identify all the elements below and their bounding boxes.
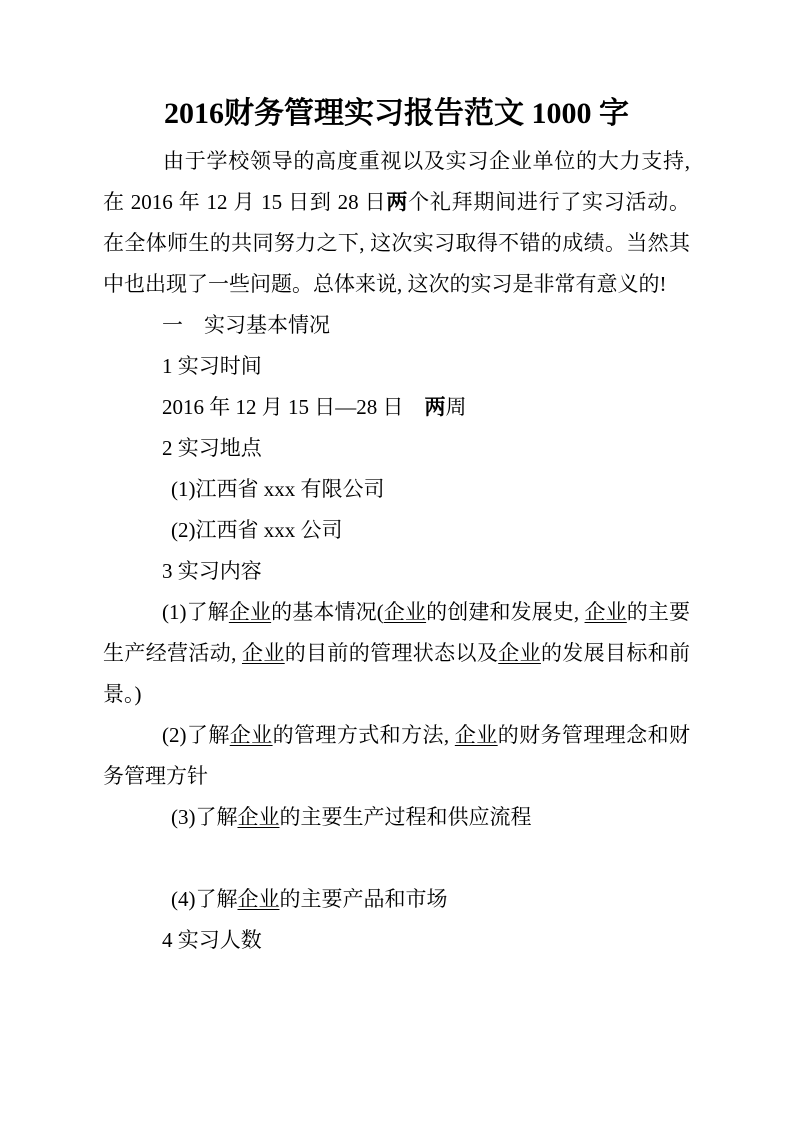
location-label: 2 实习地点 bbox=[103, 428, 690, 469]
content-item-2: (2)了解企业的管理方式和方法, 企业的财务管理理念和财务管理方针 bbox=[103, 715, 690, 797]
text-segment-underline: 企业 bbox=[238, 805, 280, 829]
content-item-3: (3)了解企业的主要生产过程和供应流程 bbox=[103, 797, 690, 838]
content-item-1: (1)了解企业的基本情况(企业的创建和发展史, 企业的主要生产经营活动, 企业的… bbox=[103, 592, 690, 715]
text-segment-bold: 两 bbox=[386, 190, 408, 214]
text-segment: 的目前的管理状态以及 bbox=[285, 641, 499, 665]
time-value: 2016 年 12 月 15 日—28 日 两周 bbox=[103, 387, 690, 428]
text-segment: 的管理方式和方法, bbox=[273, 723, 455, 747]
text-segment: 的主要生产过程和供应流程 bbox=[280, 805, 532, 829]
content-item-4: (4)了解企业的主要产品和市场 bbox=[103, 879, 690, 920]
text-segment: (2)了解 bbox=[162, 723, 230, 747]
text-segment-underline: 企业 bbox=[498, 641, 541, 665]
text-segment-underline: 企业 bbox=[585, 600, 627, 624]
text-segment-underline: 企业 bbox=[384, 600, 426, 624]
document-title: 2016财务管理实习报告范文 1000 字 bbox=[103, 90, 690, 137]
document-page: 2016财务管理实习报告范文 1000 字 由于学校领导的高度重视以及实习企业单… bbox=[0, 0, 794, 1123]
location-item-1: (1)江西省 xxx 有限公司 bbox=[103, 469, 690, 510]
blank-line bbox=[103, 838, 690, 879]
text-segment-underline: 企业 bbox=[229, 600, 271, 624]
text-segment: 的主要产品和市场 bbox=[280, 887, 448, 911]
text-segment: 周 bbox=[446, 395, 467, 419]
text-segment-underline: 企业 bbox=[238, 887, 280, 911]
time-label: 1 实习时间 bbox=[103, 346, 690, 387]
text-segment: 的创建和发展史, bbox=[426, 600, 584, 624]
section-heading-basic-info: 一 实习基本情况 bbox=[103, 305, 690, 346]
text-segment-underline: 企业 bbox=[230, 723, 273, 747]
text-segment: (3)了解 bbox=[171, 805, 238, 829]
text-segment-bold: 两 bbox=[425, 395, 446, 419]
text-segment: 的基本情况( bbox=[271, 600, 384, 624]
intro-paragraph: 由于学校领导的高度重视以及实习企业单位的大力支持, 在 2016 年 12 月 … bbox=[103, 141, 690, 305]
location-item-2: (2)江西省 xxx 公司 bbox=[103, 510, 690, 551]
content-label: 3 实习内容 bbox=[103, 551, 690, 592]
text-segment-underline: 企业 bbox=[455, 723, 498, 747]
document-content: 2016财务管理实习报告范文 1000 字 由于学校领导的高度重视以及实习企业单… bbox=[0, 0, 794, 961]
text-segment-underline: 企业 bbox=[242, 641, 285, 665]
text-segment: (4)了解 bbox=[171, 887, 238, 911]
people-label: 4 实习人数 bbox=[103, 920, 690, 961]
text-segment: (1)了解 bbox=[162, 600, 229, 624]
text-segment: 2016 年 12 月 15 日—28 日 bbox=[162, 395, 425, 419]
